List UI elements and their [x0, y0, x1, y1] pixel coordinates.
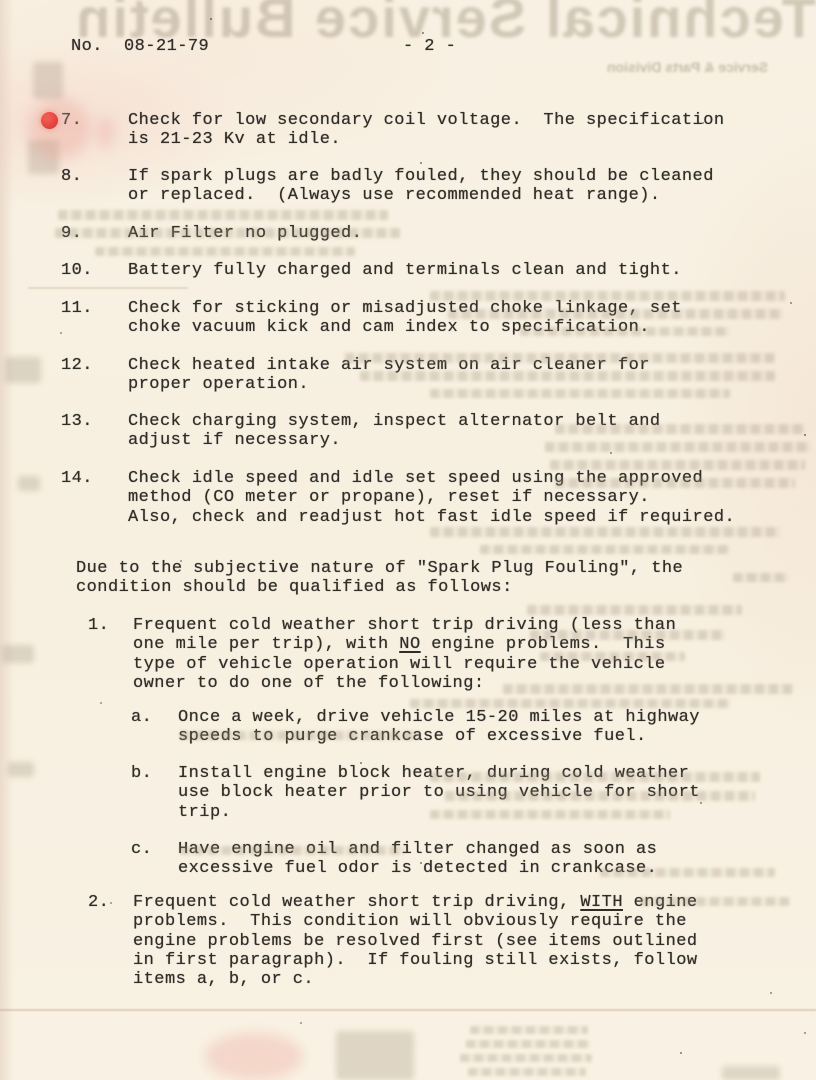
paragraph-line: condition should be qualified as follows…	[76, 578, 683, 597]
margin-smudge	[722, 1066, 780, 1080]
bleed-through-smudge	[445, 791, 755, 801]
bleed-through-smudge	[468, 1068, 586, 1076]
paragraph-line: Due to the subjective nature of "Spark P…	[76, 559, 683, 578]
bleed-through-smudge	[430, 291, 785, 301]
option-item: a. Once a week, drive vehicle 15-20 mile…	[131, 708, 700, 747]
doc-number-label: No.	[71, 37, 103, 56]
scan-fold-line	[0, 1009, 816, 1011]
margin-smudge	[33, 62, 63, 99]
paper-specks	[210, 18, 212, 20]
item-line: Once a week, drive vehicle 15-20 miles a…	[178, 708, 700, 727]
paper-stain	[205, 1033, 303, 1080]
item-line: problems. This condition will obviously …	[133, 912, 698, 931]
bleed-through-smudge	[180, 731, 420, 740]
item-number: 14.	[61, 469, 128, 527]
bleed-through-smudge	[58, 210, 388, 220]
doc-number: 08-21-79	[124, 37, 209, 56]
checklist-item: 7. Check for low secondary coil voltage.…	[61, 111, 725, 150]
bleed-through-smudge	[540, 652, 685, 661]
bleed-through-smudge	[180, 846, 405, 855]
option-letter: a.	[131, 708, 178, 747]
bleed-through-smudge	[550, 460, 805, 470]
item-number: 8.	[61, 167, 128, 206]
item-line: is 21-23 Kv at idle.	[128, 130, 725, 149]
item-line: Check for low secondary coil voltage. Th…	[128, 111, 725, 130]
bleed-through-smudge	[545, 442, 810, 452]
bleed-through-smudge	[466, 1040, 590, 1048]
checklist-item: 10. Battery fully charged and terminals …	[61, 261, 682, 280]
bleed-through-smudge	[360, 371, 775, 381]
paper-crease-line	[28, 287, 188, 289]
bleed-through-smudge	[527, 605, 742, 615]
paper-stain	[28, 98, 90, 160]
item-line: engine problems be resolved first (see i…	[133, 932, 698, 951]
bleed-through-smudge	[640, 897, 790, 906]
bleed-through-smudge	[555, 478, 795, 488]
margin-smudge	[2, 645, 34, 663]
option-letter: c.	[131, 840, 178, 879]
item-line: excessive fuel odor is detected in crank…	[178, 859, 657, 878]
bleed-through-smudge	[555, 424, 805, 434]
bleed-through-smudge	[460, 1054, 592, 1062]
item-number: 12.	[61, 356, 128, 395]
bleed-through-smudge	[55, 228, 400, 238]
bleed-through-smudge	[95, 247, 355, 256]
option-letter: b.	[131, 764, 178, 822]
item-line: Battery fully charged and terminals clea…	[128, 261, 682, 280]
bleed-through-smudge	[448, 309, 783, 319]
bleed-through-smudge	[430, 389, 730, 398]
item-number: 1.	[88, 616, 133, 693]
item-number: 2.	[88, 893, 133, 989]
item-line: in first paragraph). If fouling still ex…	[133, 951, 698, 970]
margin-smudge	[336, 1031, 414, 1080]
bleed-through-smudge	[430, 810, 670, 819]
bleed-through-subtitle: Service & Parts Division	[583, 59, 768, 75]
bleed-through-smudge	[430, 527, 780, 537]
bleed-through-smudge	[345, 353, 775, 363]
item-line: Also, check and readjust hot fast idle s…	[128, 508, 735, 527]
bleed-through-smudge	[503, 684, 793, 694]
page-number: - 2 -	[403, 37, 456, 56]
scanned-bulletin-page: Technical Service Bulletin Service & Par…	[0, 0, 816, 1080]
item-line: Frequent cold weather short trip driving…	[133, 893, 698, 912]
margin-smudge	[8, 762, 34, 777]
margin-smudge	[5, 357, 41, 383]
item-number: 10.	[61, 261, 128, 280]
checklist-item: 8. If spark plugs are badly fouled, they…	[61, 167, 714, 206]
item-number: 11.	[61, 299, 128, 338]
fouling-note-paragraph: Due to the subjective nature of "Spark P…	[76, 559, 683, 598]
qualification-item: 2. Frequent cold weather short trip driv…	[88, 893, 698, 989]
bleed-through-smudge	[480, 545, 730, 554]
item-line: method (CO meter or propane), reset if n…	[128, 488, 735, 507]
bleed-through-smudge	[470, 1026, 588, 1034]
paper-stain	[97, 117, 114, 148]
bleed-through-smudge	[600, 868, 775, 877]
item-line: items a, b, or c.	[133, 970, 698, 989]
bleed-through-smudge	[733, 573, 788, 582]
bleed-through-smudge	[520, 327, 730, 336]
margin-smudge	[18, 476, 40, 491]
bleed-through-smudge	[530, 630, 725, 640]
bleed-through-smudge	[430, 772, 760, 782]
item-line: or replaced. (Always use recommended hea…	[128, 186, 714, 205]
item-line: If spark plugs are badly fouled, they sh…	[128, 167, 714, 186]
bleed-through-smudge	[410, 699, 730, 708]
item-number: 13.	[61, 412, 128, 451]
